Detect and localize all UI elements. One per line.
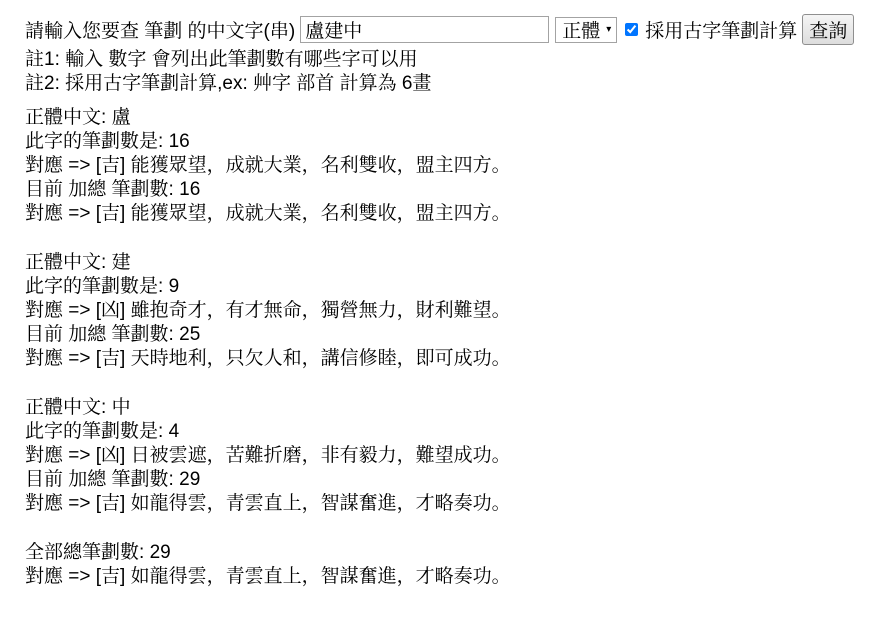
charset-line: 正體中文: 中 [25, 396, 870, 420]
ancient-stroke-checkbox[interactable] [625, 23, 638, 36]
meaning-line: 對應 => [吉] 能獲眾望，成就大業，名利雙收，盟主四方。 [25, 154, 870, 178]
running-meaning-line: 對應 => [吉] 能獲眾望，成就大業，名利雙收，盟主四方。 [25, 202, 870, 226]
grand-meaning-line: 對應 => [吉] 如龍得雲，青雲直上，智謀奮進，才略奏功。 [25, 565, 870, 589]
meaning-line: 對應 => [凶] 雖抱奇才，有才無命，獨營無力，財利難望。 [25, 299, 870, 323]
result-block-3: 正體中文: 中 此字的筆劃數是: 4 對應 => [凶] 日被雲遮，苦難折磨，非… [25, 396, 870, 516]
ancient-stroke-label: 採用古字筆劃計算 [645, 16, 797, 43]
result-char: 建 [112, 252, 131, 273]
input-prompt-label: 請輸入您要查 筆劃 的中文字(串) [25, 16, 295, 43]
note-1: 註1: 輸入 數字 會列出此筆劃數有哪些字可以用 [25, 48, 870, 72]
result-char: 中 [112, 397, 131, 418]
running-total-line: 目前 加總 筆劃數: 25 [25, 323, 870, 347]
result-block-1: 正體中文: 盧 此字的筆劃數是: 16 對應 => [吉] 能獲眾望，成就大業，… [25, 106, 870, 226]
notes-section: 註1: 輸入 數字 會列出此筆劃數有哪些字可以用 註2: 採用古字筆劃計算,ex… [25, 48, 870, 96]
note-2: 註2: 採用古字筆劃計算,ex: 艸字 部首 計算為 6畫 [25, 72, 870, 96]
stroke-count-line: 此字的筆劃數是: 9 [25, 275, 870, 299]
search-button[interactable]: 查詢 [802, 14, 854, 45]
charset-select[interactable]: 正體 ▾ [555, 17, 617, 43]
stroke-count-line: 此字的筆劃數是: 4 [25, 420, 870, 444]
charset-select-value: 正體 [562, 16, 600, 43]
stroke-count: 4 [169, 421, 180, 442]
chevron-down-icon: ▾ [606, 25, 611, 35]
stroke-count: 16 [169, 131, 190, 152]
running-total: 16 [179, 179, 200, 200]
running-total: 29 [179, 469, 200, 490]
query-form: 請輸入您要查 筆劃 的中文字(串) 正體 ▾ 採用古字筆劃計算 查詢 [25, 13, 870, 46]
stroke-count: 9 [169, 276, 180, 297]
running-total-line: 目前 加總 筆劃數: 29 [25, 468, 870, 492]
result-block-2: 正體中文: 建 此字的筆劃數是: 9 對應 => [凶] 雖抱奇才，有才無命，獨… [25, 251, 870, 371]
running-total-line: 目前 加總 筆劃數: 16 [25, 178, 870, 202]
charset-line: 正體中文: 建 [25, 251, 870, 275]
grand-total-line: 全部總筆劃數: 29 [25, 541, 870, 565]
grand-total: 29 [150, 542, 171, 563]
summary-block: 全部總筆劃數: 29 對應 => [吉] 如龍得雲，青雲直上，智謀奮進，才略奏功… [25, 541, 870, 589]
meaning-line: 對應 => [凶] 日被雲遮，苦難折磨，非有毅力，難望成功。 [25, 444, 870, 468]
result-char: 盧 [112, 107, 131, 128]
charset-line: 正體中文: 盧 [25, 106, 870, 130]
running-meaning-line: 對應 => [吉] 天時地利，只欠人和，講信修睦，即可成功。 [25, 347, 870, 371]
running-total: 25 [179, 324, 200, 345]
running-meaning-line: 對應 => [吉] 如龍得雲，青雲直上，智謀奮進，才略奏功。 [25, 492, 870, 516]
chinese-char-input[interactable] [300, 16, 549, 43]
stroke-count-line: 此字的筆劃數是: 16 [25, 130, 870, 154]
